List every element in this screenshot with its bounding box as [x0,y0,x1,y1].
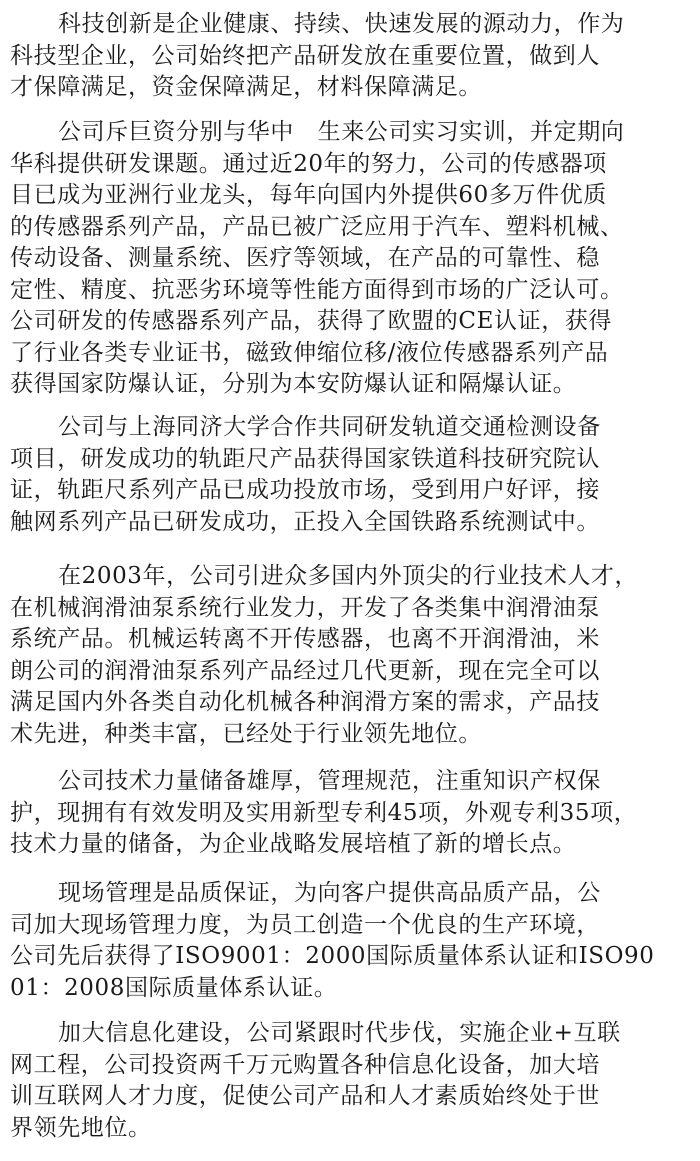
text-line: 科技型企业，公司始终把产品研发放在重要位置，做到人 [10,41,690,73]
paragraph-quality-management: 现场管理是品质保证，为向客户提供高品质产品，公 司加大现场管理力度，为员工创造一… [10,878,690,1004]
text-line: 科技创新是企业健康、持续、快速发展的源动力，作为 [10,9,690,41]
text-line: 界领先地位。 [10,1113,690,1145]
text-line: 证，轨距尺系列产品已成功投放市场，受到用户好评，接 [10,475,690,507]
text-line: 在2003年，公司引进众多国内外顶尖的行业技术人才， [10,561,690,593]
text-line: 网工程，公司投资两千万元购置各种信息化设备，加大培 [10,1050,690,1082]
text-line: 01：2008国际质量体系认证。 [10,973,690,1005]
text-line: 公司先后获得了ISO9001：2000国际质量体系认证和ISO90 [10,941,690,973]
text-line: 公司斥巨资分别与华中 生来公司实习实训，并定期向 [10,117,690,149]
text-line: 公司与上海同济大学合作共同研发轨道交通检测设备 [10,412,690,444]
text-line: 训互联网人才力度，促使公司产品和人才素质始终处于世 [10,1081,690,1113]
text-line: 了行业各类专业证书，磁致伸缩位移/液位传感器系列产品 [10,338,690,370]
text-line: 传动设备、测量系统、医疗等领域，在产品的可靠性、稳 [10,243,690,275]
document-body: 科技创新是企业健康、持续、快速发展的源动力，作为 科技型企业，公司始终把产品研发… [0,0,700,1161]
paragraph-innovation: 科技创新是企业健康、持续、快速发展的源动力，作为 科技型企业，公司始终把产品研发… [10,9,690,104]
text-line: 术先进，种类丰富，已经处于行业领先地位。 [10,719,690,751]
text-line: 获得国家防爆认证，分别为本安防爆认证和隔爆认证。 [10,369,690,401]
text-line: 触网系列产品已研发成功，正投入全国铁路系统测试中。 [10,507,690,539]
text-line: 定性、精度、抗恶劣环境等性能方面得到市场的广泛认可。 [10,275,690,307]
text-line: 朗公司的润滑油泵系列产品经过几代更新，现在完全可以 [10,656,690,688]
text-line: 华科提供研发课题。通过近20年的努力，公司的传感器项 [10,149,690,181]
text-line: 的传感器系列产品，产品已被广泛应用于汽车、塑料机械、 [10,212,690,244]
text-line: 司加大现场管理力度，为员工创造一个优良的生产环境， [10,910,690,942]
paragraph-informatization: 加大信息化建设，公司紧跟时代步伐，实施企业+互联 网工程，公司投资两千万元购置各… [10,1018,690,1144]
paragraph-patents: 公司技术力量储备雄厚，管理规范，注重知识产权保 护，现拥有有效发明及实用新型专利… [10,766,690,861]
text-line: 系统产品。机械运转离不开传感器，也离不开润滑油，米 [10,624,690,656]
paragraph-sensor-rnd: 公司斥巨资分别与华中 生来公司实习实训，并定期向 华科提供研发课题。通过近20年… [10,117,690,401]
text-line: 目已成为亚洲行业龙头，每年向国内外提供60多万件优质 [10,180,690,212]
text-line: 满足国内外各类自动化机械各种润滑方案的需求，产品技 [10,687,690,719]
text-line: 公司研发的传感器系列产品，获得了欧盟的CE认证，获得 [10,306,690,338]
text-line: 加大信息化建设，公司紧跟时代步伐，实施企业+互联 [10,1018,690,1050]
text-line: 公司技术力量储备雄厚，管理规范，注重知识产权保 [10,766,690,798]
text-line: 项目，研发成功的轨距尺产品获得国家铁道科技研究院认 [10,444,690,476]
text-line: 才保障满足，资金保障满足，材料保障满足。 [10,72,690,104]
paragraph-lubrication: 在2003年，公司引进众多国内外顶尖的行业技术人才， 在机械润滑油泵系统行业发力… [10,561,690,750]
text-line: 护，现拥有有效发明及实用新型专利45项，外观专利35项， [10,798,690,830]
paragraph-rail-project: 公司与上海同济大学合作共同研发轨道交通检测设备 项目，研发成功的轨距尺产品获得国… [10,412,690,538]
text-line: 在机械润滑油泵系统行业发力，开发了各类集中润滑油泵 [10,593,690,625]
text-line: 现场管理是品质保证，为向客户提供高品质产品，公 [10,878,690,910]
text-line: 技术力量的储备，为企业战略发展培植了新的增长点。 [10,829,690,861]
